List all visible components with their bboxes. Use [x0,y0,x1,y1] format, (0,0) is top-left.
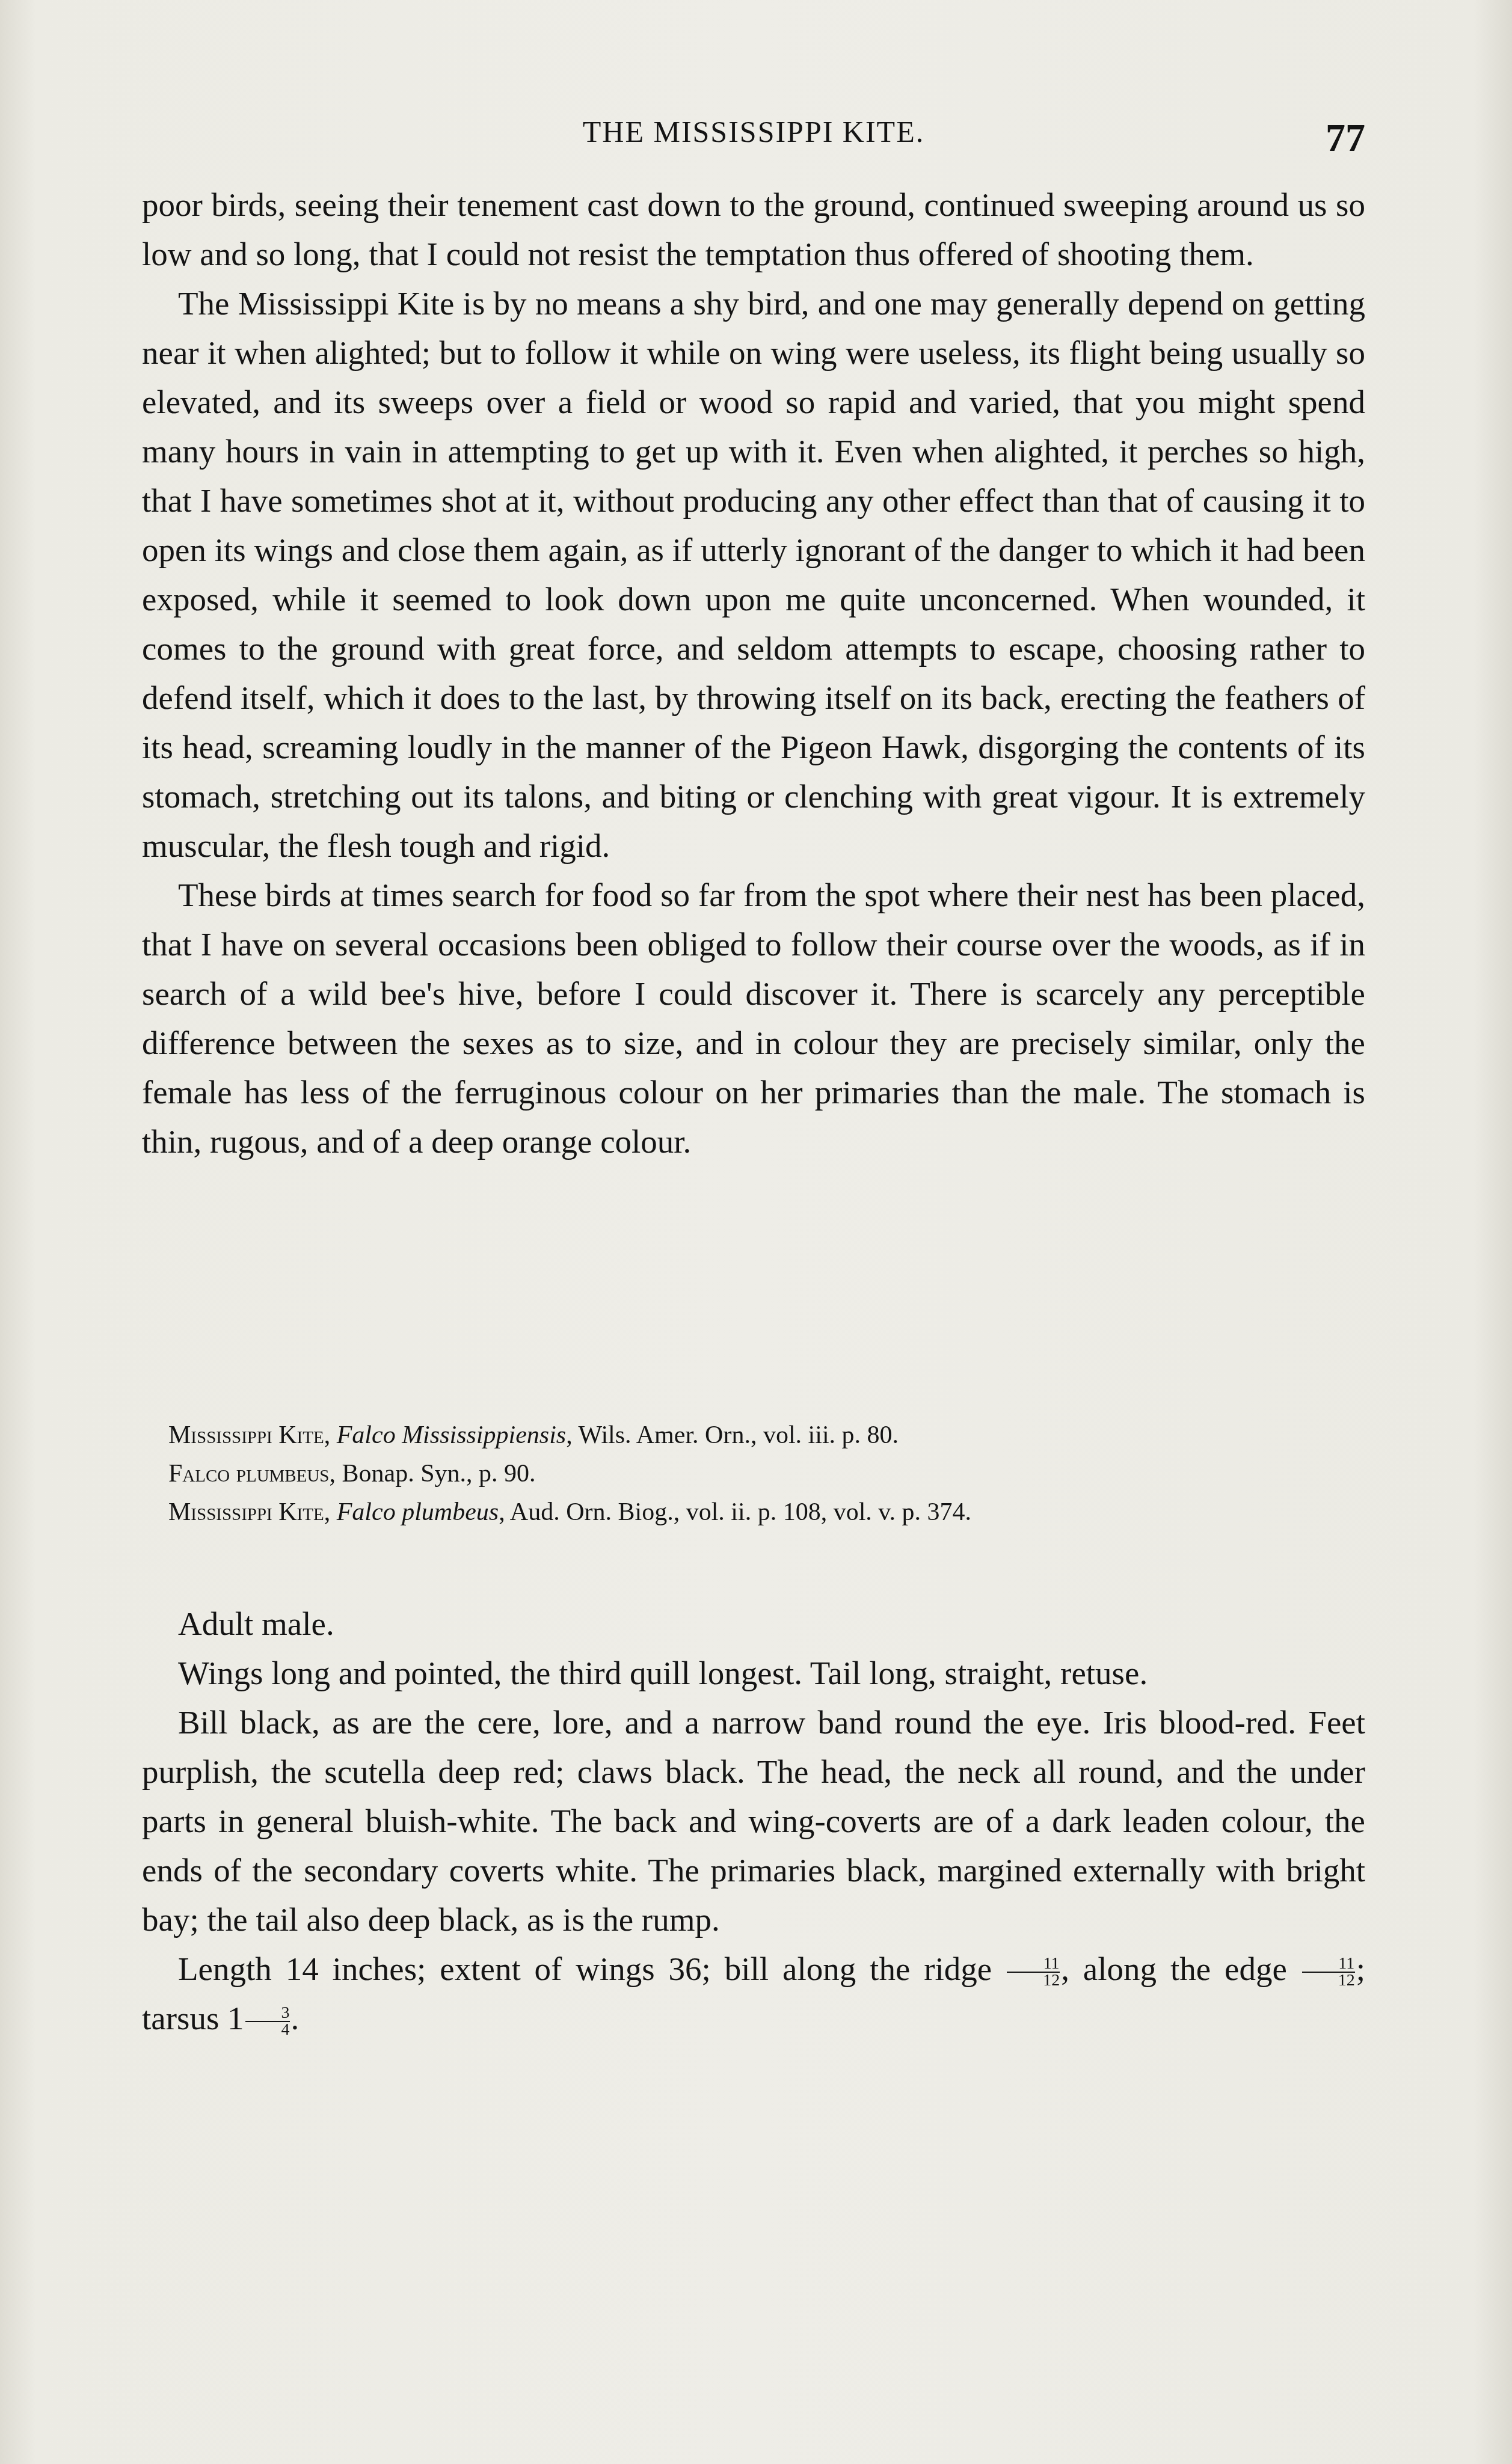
synonym-entry: Mississippi Kite, Falco plumbeus, Aud. O… [168,1493,1365,1531]
paragraph-2: The Mississippi Kite is by no means a sh… [142,279,1365,871]
fraction-denominator: 12 [1302,1972,1355,1988]
paragraph-1: poor birds, seeing their tenement cast d… [142,180,1365,279]
synonym-reference: , Bonap. Syn., p. 90. [330,1460,536,1488]
paragraph-3: These birds at times search for food so … [142,871,1365,1166]
ridge-fraction: 1112 [1007,1956,1060,1988]
synonym-name: Mississippi Kite [168,1498,324,1526]
description-block: Adult male. Wings long and pointed, the … [142,1599,1365,2043]
fraction-numerator: 11 [1302,1956,1355,1972]
fraction-numerator: 11 [1007,1956,1060,1972]
measurement-text: Length 14 inches; extent of wings 36; bi… [178,1951,1006,1987]
synonym-latin: Falco plumbeus [337,1498,499,1526]
synonym-entry: Falco plumbeus, Bonap. Syn., p. 90. [168,1454,1365,1493]
synonym-entry: Mississippi Kite, Falco Mississippiensis… [168,1416,1365,1454]
edge-fraction: 1112 [1302,1956,1355,1988]
fraction-numerator: 3 [245,2005,290,2021]
measurement-text: , along the edge [1061,1951,1301,1987]
synonym-name: Mississippi Kite [168,1421,324,1449]
page-header: THE MISSISSIPPI KITE. 77 [142,114,1365,162]
description-measurements: Length 14 inches; extent of wings 36; bi… [142,1945,1365,2043]
fraction-denominator: 12 [1007,1972,1060,1988]
description-sex: Adult male. [142,1599,1365,1649]
synonym-latin: Falco Mississippiensis [337,1421,567,1449]
running-title: THE MISSISSIPPI KITE. [142,114,1365,149]
measurement-text: . [291,2000,300,2036]
fraction-denominator: 4 [245,2021,290,2038]
description-colour: Bill black, as are the cere, lore, and a… [142,1698,1365,1945]
synonym-reference: , Wils. Amer. Orn., vol. iii. p. 80. [566,1421,899,1449]
synonym-name: Falco plumbeus [168,1460,330,1488]
book-page: THE MISSISSIPPI KITE. 77 poor birds, see… [0,0,1512,2464]
synonymy-block: Mississippi Kite, Falco Mississippiensis… [168,1416,1365,1531]
synonym-reference: , Aud. Orn. Biog., vol. ii. p. 108, vol.… [499,1498,971,1526]
description-wings: Wings long and pointed, the third quill … [142,1649,1365,1698]
tarsus-fraction: 34 [245,2005,290,2038]
page-number: 77 [1326,115,1365,161]
body-text: poor birds, seeing their tenement cast d… [142,180,1365,1166]
